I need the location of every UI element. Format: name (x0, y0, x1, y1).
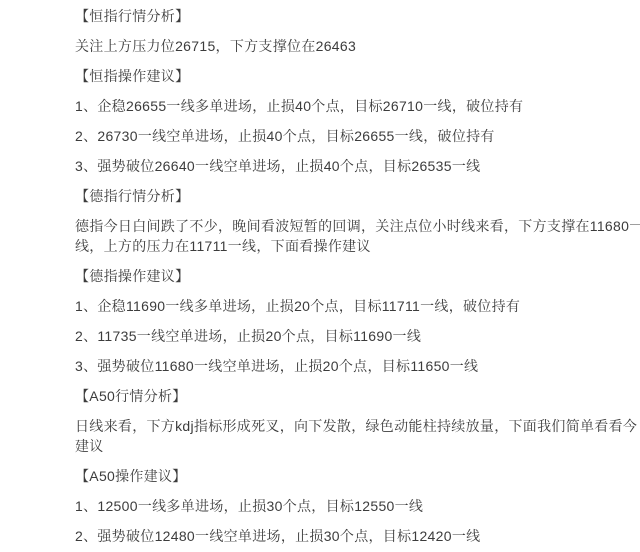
paragraph: 3、强势破位11680一线空单进场，止损20个点，目标11650一线 (75, 356, 622, 376)
text-line: 1、企稳11690一线多单进场，止损20个点，目标11711一线，破位持有 (75, 296, 622, 316)
text-line: 3、强势破位11680一线空单进场，止损20个点，目标11650一线 (75, 356, 622, 376)
paragraph: 日线来看，下方kdj指标形成死叉，向下发散，绿色动能柱持续放量，下面我们简单看看… (75, 416, 622, 456)
article-page: 【恒指行情分析】关注上方压力位26715，下方支撑位在26463【恒指操作建议】… (0, 0, 640, 552)
article-content: 【恒指行情分析】关注上方压力位26715，下方支撑位在26463【恒指操作建议】… (75, 6, 622, 552)
paragraph: 3、强势破位26640一线空单进场，止损40个点，目标26535一线 (75, 156, 622, 176)
paragraph: 德指今日白间跌了不少，晚间看波短暂的回调，关注点位小时线来看，下方支撑在1168… (75, 216, 622, 256)
text-line: 建议 (75, 436, 622, 456)
heading-text: 【德指行情分析】 (75, 186, 622, 206)
heading-text: 【德指操作建议】 (75, 266, 622, 286)
paragraph: 2、26730一线空单进场，止损40个点，目标26655一线，破位持有 (75, 126, 622, 146)
heading-text: 【A50操作建议】 (75, 466, 622, 486)
heading-text: 【恒指操作建议】 (75, 66, 622, 86)
text-line: 日线来看，下方kdj指标形成死叉，向下发散，绿色动能柱持续放量，下面我们简单看看… (75, 416, 622, 436)
heading-text: 【A50行情分析】 (75, 386, 622, 406)
text-line: 2、强势破位12480一线空单进场，止损30个点，目标12420一线 (75, 526, 622, 546)
text-line: 1、企稳26655一线多单进场，止损40个点，目标26710一线，破位持有 (75, 96, 622, 116)
paragraph: 2、强势破位12480一线空单进场，止损30个点，目标12420一线 (75, 526, 622, 546)
text-line: 线，上方的压力在11711一线，下面看操作建议 (75, 236, 622, 256)
paragraph: 1、企稳11690一线多单进场，止损20个点，目标11711一线，破位持有 (75, 296, 622, 316)
text-line: 1、12500一线多单进场，止损30个点，目标12550一线 (75, 496, 622, 516)
text-line: 关注上方压力位26715，下方支撑位在26463 (75, 36, 622, 56)
paragraph: 关注上方压力位26715，下方支撑位在26463 (75, 36, 622, 56)
section-heading: 【A50行情分析】 (75, 386, 622, 406)
text-line: 德指今日白间跌了不少，晚间看波短暂的回调，关注点位小时线来看，下方支撑在1168… (75, 216, 622, 236)
paragraph: 1、企稳26655一线多单进场，止损40个点，目标26710一线，破位持有 (75, 96, 622, 116)
section-heading: 【德指行情分析】 (75, 186, 622, 206)
paragraph: 2、11735一线空单进场，止损20个点，目标11690一线 (75, 326, 622, 346)
paragraph: 1、12500一线多单进场，止损30个点，目标12550一线 (75, 496, 622, 516)
section-heading: 【德指操作建议】 (75, 266, 622, 286)
section-heading: 【恒指操作建议】 (75, 66, 622, 86)
heading-text: 【恒指行情分析】 (75, 6, 622, 26)
section-heading: 【恒指行情分析】 (75, 6, 622, 26)
text-line: 2、26730一线空单进场，止损40个点，目标26655一线，破位持有 (75, 126, 622, 146)
text-line: 3、强势破位26640一线空单进场，止损40个点，目标26535一线 (75, 156, 622, 176)
section-heading: 【A50操作建议】 (75, 466, 622, 486)
text-line: 2、11735一线空单进场，止损20个点，目标11690一线 (75, 326, 622, 346)
